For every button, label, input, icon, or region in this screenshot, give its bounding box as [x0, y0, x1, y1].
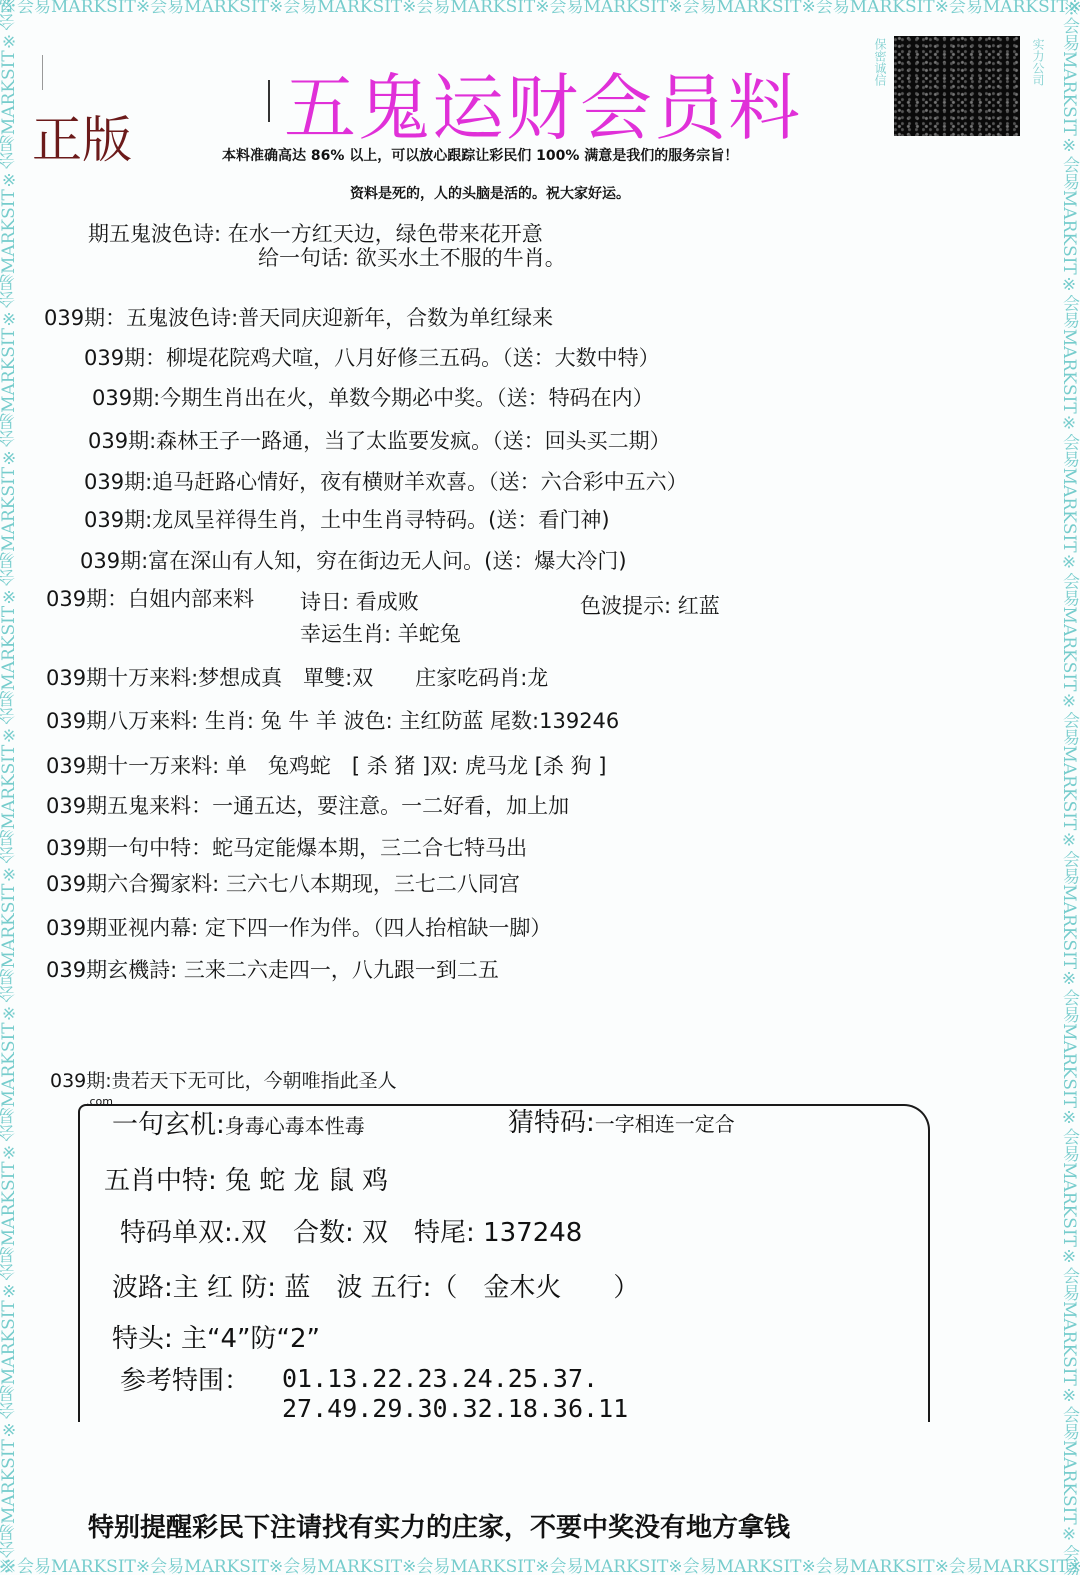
guess-code: 猜特码:一字相连一定合 — [508, 1102, 735, 1139]
poem-line-2: 给一句话: 欲买水土不服的牛肖。 — [258, 242, 566, 272]
divider — [42, 55, 43, 90]
list-item: 039期:追马赶路心情好，夜有横财羊欢喜。（送：六合彩中五六） — [84, 466, 688, 496]
lucky-zodiac: 幸运生肖: 羊蛇兔 — [300, 618, 461, 648]
list-item: 039期：五鬼波色诗:普天同庆迎新年，合数为单红绿来 — [44, 302, 553, 332]
riddle: 一句玄机:身毒心毒本性毒 — [112, 1104, 365, 1141]
watermark-border-top: ※会易MARKSIT※会易MARKSIT※会易MARKSIT※会易MARKSIT… — [0, 0, 1080, 18]
list-item: 039期:龙凤呈祥得生肖，土中生肖寻特码。(送：看门神) — [84, 504, 610, 534]
footer-warning: 特别提醒彩民下注请找有实力的庄家，不要中奖没有地方拿钱 — [88, 1507, 790, 1544]
color-hint: 色波提示: 红蓝 — [580, 590, 720, 620]
stamp-right: 实力公司 — [1030, 38, 1047, 86]
head-digit: 特头: 主“4”防“2” — [112, 1318, 320, 1355]
inside-poem: 诗日: 看成败 — [300, 586, 419, 616]
list-item: 039期:富在深山有人知，穷在街边无人问。(送：爆大冷门) — [80, 545, 627, 575]
ref-numbers-2: 27.49.29.30.32.18.36.11 — [282, 1394, 628, 1423]
list-item: 039期十万来料:梦想成真 單雙:双 庄家吃码肖:龙 — [46, 662, 548, 692]
tagline-accuracy: 本料准确高达 86% 以上，可以放心跟踪让彩民们 100% 满意是我们的服务宗旨… — [222, 145, 738, 165]
qr-code-image — [894, 36, 1020, 136]
list-item: 039期八万来料: 生肖: 兔 牛 羊 波色: 主红防蓝 尾数:139246 — [46, 705, 619, 735]
watermark-border-left: ※会易MARKSIT※会易MARKSIT※会易MARKSIT※会易MARKSIT… — [0, 0, 20, 1575]
wave-path: 波路:主 红 防: 蓝 波 五行:（ 金木火 ） — [112, 1267, 639, 1304]
list-item: 039期六合獨家料: 三六七八本期现，三七二八同宫 — [46, 868, 520, 898]
list-item: 039期:今期生肖出在火，单数今期必中奖。（送：特码在内） — [92, 382, 654, 412]
title-divider — [268, 80, 270, 122]
list-item: 039期五鬼来料：一通五达，要注意。一二好看，加上加 — [46, 790, 569, 820]
list-item: 039期亚视内幕: 定下四一作为伴。（四人抬棺缺一脚） — [46, 912, 551, 942]
stamp-left: 保密诚信 — [872, 38, 889, 86]
last-poem: 039期:贵若天下无可比，今朝唯指此圣人 — [50, 1066, 397, 1093]
ref-label: 参考特围： — [120, 1360, 250, 1397]
ref-numbers-1: 01.13.22.23.24.25.37. — [282, 1364, 598, 1393]
list-item: 039期:森林王子一路通，当了太监要发疯。（送：回头买二期） — [88, 425, 671, 455]
inside-label: 039期：白姐内部来料 — [46, 583, 254, 613]
odd-even: 特码单双:.双 合数: 双 特尾: 137248 — [120, 1212, 582, 1249]
watermark-border-right: ※会易MARKSIT※会易MARKSIT※会易MARKSIT※会易MARKSIT… — [1058, 0, 1080, 1575]
list-item: 039期：柳堤花院鸡犬喧，八月好修三五码。（送：大数中特） — [84, 342, 660, 372]
genuine-badge: 正版 — [32, 100, 132, 172]
list-item: 039期一句中特：蛇马定能爆本期，三二合七特马出 — [46, 832, 527, 862]
five-zodiac: 五肖中特: 兔 蛇 龙 鼠 鸡 — [104, 1160, 388, 1197]
list-item: 039期玄機詩: 三来二六走四一，八九跟一到二五 — [46, 954, 499, 984]
watermark-border-bottom: ※会易MARKSIT※会易MARKSIT※会易MARKSIT※会易MARKSIT… — [0, 1556, 1080, 1575]
page-title: 五鬼运财会员料 — [284, 50, 802, 154]
list-item: 039期十一万来料: 单 兔鸡蛇 [ 杀 猪 ]双: 虎马龙 [杀 狗 ] — [46, 750, 606, 780]
tagline-luck: 资料是死的，人的头脑是活的。祝大家好运。 — [350, 183, 630, 203]
